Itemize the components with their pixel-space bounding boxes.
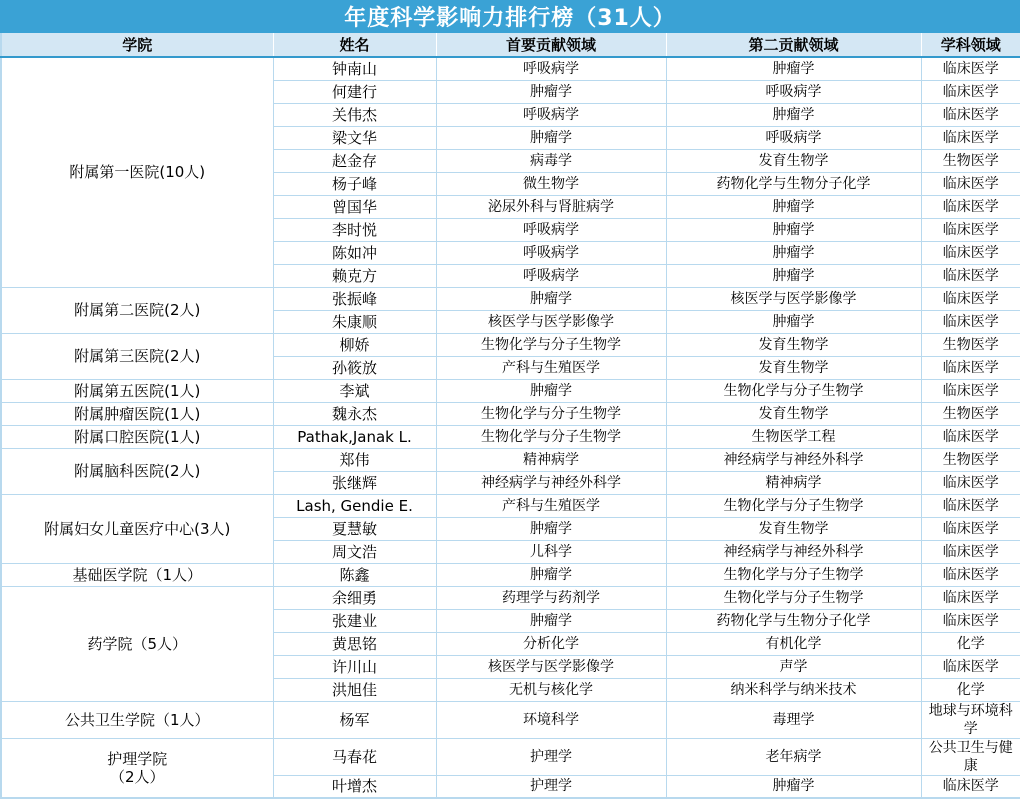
secondary-field-cell: 发育生物学 [666, 149, 921, 172]
subject-field-cell: 化学 [921, 632, 1020, 655]
table-row: 附属肿瘤医院(1人)魏永杰生物化学与分子生物学发育生物学生物医学 [1, 402, 1020, 425]
secondary-field-cell: 发育生物学 [666, 356, 921, 379]
primary-field-cell: 环境科学 [436, 701, 666, 738]
secondary-field-cell: 肿瘤学 [666, 195, 921, 218]
name-cell: 马春花 [273, 738, 436, 775]
primary-field-cell: 肿瘤学 [436, 563, 666, 586]
college-cell: 附属妇女儿童医疗中心(3人) [1, 494, 273, 563]
name-cell: 杨军 [273, 701, 436, 738]
subject-field-cell: 临床医学 [921, 356, 1020, 379]
primary-field-cell: 药理学与药剂学 [436, 586, 666, 609]
subject-field-cell: 地球与环境科学 [921, 701, 1020, 738]
name-cell: 赵金存 [273, 149, 436, 172]
secondary-field-cell: 肿瘤学 [666, 241, 921, 264]
secondary-field-cell: 药物化学与生物分子化学 [666, 172, 921, 195]
subject-field-cell: 临床医学 [921, 517, 1020, 540]
subject-field-cell: 生物医学 [921, 149, 1020, 172]
table-row: 药学院（5人）余细勇药理学与药剂学生物化学与分子生物学临床医学 [1, 586, 1020, 609]
secondary-field-cell: 生物化学与分子生物学 [666, 379, 921, 402]
name-cell: 柳娇 [273, 333, 436, 356]
table-row: 附属第五医院(1人)李斌肿瘤学生物化学与分子生物学临床医学 [1, 379, 1020, 402]
subject-field-cell: 临床医学 [921, 218, 1020, 241]
name-cell: 许川山 [273, 655, 436, 678]
name-cell: 郑伟 [273, 448, 436, 471]
name-cell: 杨子峰 [273, 172, 436, 195]
secondary-field-cell: 生物化学与分子生物学 [666, 586, 921, 609]
column-header-name: 姓名 [273, 33, 436, 57]
subject-field-cell: 临床医学 [921, 655, 1020, 678]
primary-field-cell: 肿瘤学 [436, 126, 666, 149]
primary-field-cell: 呼吸病学 [436, 241, 666, 264]
subject-field-cell: 临床医学 [921, 379, 1020, 402]
subject-field-cell: 临床医学 [921, 195, 1020, 218]
name-cell: 李时悦 [273, 218, 436, 241]
primary-field-cell: 呼吸病学 [436, 218, 666, 241]
primary-field-cell: 肿瘤学 [436, 609, 666, 632]
secondary-field-cell: 有机化学 [666, 632, 921, 655]
table-row: 公共卫生学院（1人）杨军环境科学毒理学地球与环境科学 [1, 701, 1020, 738]
name-cell: 夏慧敏 [273, 517, 436, 540]
subject-field-cell: 临床医学 [921, 425, 1020, 448]
subject-field-cell: 临床医学 [921, 540, 1020, 563]
column-header-secondary-field: 第二贡献领域 [666, 33, 921, 57]
subject-field-cell: 生物医学 [921, 402, 1020, 425]
subject-field-cell: 临床医学 [921, 126, 1020, 149]
secondary-field-cell: 精神病学 [666, 471, 921, 494]
college-cell: 附属脑科医院(2人) [1, 448, 273, 494]
primary-field-cell: 肿瘤学 [436, 287, 666, 310]
college-cell: 附属肿瘤医院(1人) [1, 402, 273, 425]
ranking-table: 学院 姓名 首要贡献领域 第二贡献领域 学科领域 附属第一医院(10人)钟南山呼… [0, 33, 1020, 799]
secondary-field-cell: 呼吸病学 [666, 80, 921, 103]
primary-field-cell: 泌尿外科与肾脏病学 [436, 195, 666, 218]
primary-field-cell: 护理学 [436, 775, 666, 798]
primary-field-cell: 核医学与医学影像学 [436, 310, 666, 333]
table-row: 附属脑科医院(2人)郑伟精神病学神经病学与神经外科学生物医学 [1, 448, 1020, 471]
primary-field-cell: 呼吸病学 [436, 57, 666, 80]
name-cell: 赖克方 [273, 264, 436, 287]
primary-field-cell: 神经病学与神经外科学 [436, 471, 666, 494]
primary-field-cell: 产科与生殖医学 [436, 356, 666, 379]
table-header-row: 学院 姓名 首要贡献领域 第二贡献领域 学科领域 [1, 33, 1020, 57]
secondary-field-cell: 生物化学与分子生物学 [666, 494, 921, 517]
secondary-field-cell: 肿瘤学 [666, 103, 921, 126]
college-cell: 基础医学院（1人） [1, 563, 273, 586]
primary-field-cell: 核医学与医学影像学 [436, 655, 666, 678]
name-cell: 朱康顺 [273, 310, 436, 333]
table-row: 基础医学院（1人）陈鑫肿瘤学生物化学与分子生物学临床医学 [1, 563, 1020, 586]
name-cell: 梁文华 [273, 126, 436, 149]
primary-field-cell: 无机与核化学 [436, 678, 666, 701]
name-cell: 孙筱放 [273, 356, 436, 379]
secondary-field-cell: 药物化学与生物分子化学 [666, 609, 921, 632]
primary-field-cell: 生物化学与分子生物学 [436, 402, 666, 425]
primary-field-cell: 儿科学 [436, 540, 666, 563]
subject-field-cell: 生物医学 [921, 448, 1020, 471]
secondary-field-cell: 声学 [666, 655, 921, 678]
secondary-field-cell: 发育生物学 [666, 333, 921, 356]
primary-field-cell: 分析化学 [436, 632, 666, 655]
secondary-field-cell: 老年病学 [666, 738, 921, 775]
subject-field-cell: 临床医学 [921, 57, 1020, 80]
column-header-subject-field: 学科领域 [921, 33, 1020, 57]
secondary-field-cell: 纳米科学与纳米技术 [666, 678, 921, 701]
college-cell: 药学院（5人） [1, 586, 273, 701]
primary-field-cell: 微生物学 [436, 172, 666, 195]
college-cell: 附属第五医院(1人) [1, 379, 273, 402]
college-cell: 护理学院 （2人） [1, 738, 273, 798]
name-cell: Pathak,Janak L. [273, 425, 436, 448]
subject-field-cell: 临床医学 [921, 471, 1020, 494]
college-cell: 附属第一医院(10人) [1, 57, 273, 287]
subject-field-cell: 临床医学 [921, 264, 1020, 287]
secondary-field-cell: 肿瘤学 [666, 218, 921, 241]
primary-field-cell: 呼吸病学 [436, 264, 666, 287]
name-cell: 关伟杰 [273, 103, 436, 126]
subject-field-cell: 化学 [921, 678, 1020, 701]
name-cell: 张建业 [273, 609, 436, 632]
name-cell: 叶增杰 [273, 775, 436, 798]
subject-field-cell: 临床医学 [921, 287, 1020, 310]
name-cell: 黄思铭 [273, 632, 436, 655]
subject-field-cell: 公共卫生与健康 [921, 738, 1020, 775]
secondary-field-cell: 发育生物学 [666, 402, 921, 425]
name-cell: 钟南山 [273, 57, 436, 80]
name-cell: 洪旭佳 [273, 678, 436, 701]
secondary-field-cell: 毒理学 [666, 701, 921, 738]
primary-field-cell: 呼吸病学 [436, 103, 666, 126]
secondary-field-cell: 肿瘤学 [666, 775, 921, 798]
name-cell: 张振峰 [273, 287, 436, 310]
college-cell: 附属第三医院(2人) [1, 333, 273, 379]
name-cell: 曾国华 [273, 195, 436, 218]
primary-field-cell: 产科与生殖医学 [436, 494, 666, 517]
name-cell: 张继辉 [273, 471, 436, 494]
secondary-field-cell: 发育生物学 [666, 517, 921, 540]
name-cell: 何建行 [273, 80, 436, 103]
college-cell: 附属第二医院(2人) [1, 287, 273, 333]
college-cell: 公共卫生学院（1人） [1, 701, 273, 738]
primary-field-cell: 肿瘤学 [436, 379, 666, 402]
primary-field-cell: 护理学 [436, 738, 666, 775]
primary-field-cell: 生物化学与分子生物学 [436, 333, 666, 356]
secondary-field-cell: 肿瘤学 [666, 310, 921, 333]
secondary-field-cell: 神经病学与神经外科学 [666, 448, 921, 471]
column-header-primary-field: 首要贡献领域 [436, 33, 666, 57]
name-cell: 周文浩 [273, 540, 436, 563]
subject-field-cell: 临床医学 [921, 494, 1020, 517]
secondary-field-cell: 生物化学与分子生物学 [666, 563, 921, 586]
subject-field-cell: 临床医学 [921, 609, 1020, 632]
secondary-field-cell: 呼吸病学 [666, 126, 921, 149]
table-row: 附属第一医院(10人)钟南山呼吸病学肿瘤学临床医学 [1, 57, 1020, 80]
subject-field-cell: 生物医学 [921, 333, 1020, 356]
table-row: 附属妇女儿童医疗中心(3人)Lash, Gendie E.产科与生殖医学生物化学… [1, 494, 1020, 517]
name-cell: 余细勇 [273, 586, 436, 609]
subject-field-cell: 临床医学 [921, 310, 1020, 333]
secondary-field-cell: 神经病学与神经外科学 [666, 540, 921, 563]
column-header-college: 学院 [1, 33, 273, 57]
subject-field-cell: 临床医学 [921, 586, 1020, 609]
subject-field-cell: 临床医学 [921, 563, 1020, 586]
secondary-field-cell: 生物医学工程 [666, 425, 921, 448]
name-cell: 李斌 [273, 379, 436, 402]
subject-field-cell: 临床医学 [921, 172, 1020, 195]
secondary-field-cell: 肿瘤学 [666, 57, 921, 80]
primary-field-cell: 生物化学与分子生物学 [436, 425, 666, 448]
table-row: 附属第二医院(2人)张振峰肿瘤学核医学与医学影像学临床医学 [1, 287, 1020, 310]
primary-field-cell: 肿瘤学 [436, 80, 666, 103]
table-row: 附属第三医院(2人)柳娇生物化学与分子生物学发育生物学生物医学 [1, 333, 1020, 356]
secondary-field-cell: 肿瘤学 [666, 264, 921, 287]
primary-field-cell: 精神病学 [436, 448, 666, 471]
primary-field-cell: 病毒学 [436, 149, 666, 172]
subject-field-cell: 临床医学 [921, 103, 1020, 126]
page-title: 年度科学影响力排行榜（31人） [0, 0, 1020, 33]
name-cell: Lash, Gendie E. [273, 494, 436, 517]
subject-field-cell: 临床医学 [921, 241, 1020, 264]
table-row: 附属口腔医院(1人)Pathak,Janak L.生物化学与分子生物学生物医学工… [1, 425, 1020, 448]
name-cell: 陈如冲 [273, 241, 436, 264]
table-row: 护理学院 （2人）马春花护理学老年病学公共卫生与健康 [1, 738, 1020, 775]
name-cell: 魏永杰 [273, 402, 436, 425]
name-cell: 陈鑫 [273, 563, 436, 586]
college-cell: 附属口腔医院(1人) [1, 425, 273, 448]
secondary-field-cell: 核医学与医学影像学 [666, 287, 921, 310]
subject-field-cell: 临床医学 [921, 775, 1020, 798]
primary-field-cell: 肿瘤学 [436, 517, 666, 540]
table-body: 附属第一医院(10人)钟南山呼吸病学肿瘤学临床医学何建行肿瘤学呼吸病学临床医学关… [1, 57, 1020, 798]
subject-field-cell: 临床医学 [921, 80, 1020, 103]
